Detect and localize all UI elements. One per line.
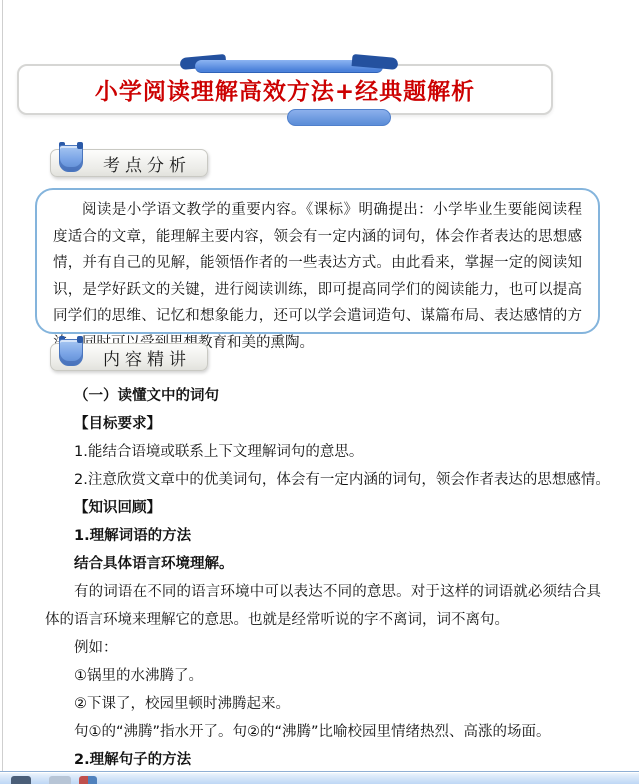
content-line: 句①的“沸腾”指水开了。句②的“沸腾”比喻校园里情绪热烈、高涨的场面。	[45, 718, 601, 746]
taskbar-app-icon-1[interactable]	[11, 776, 31, 784]
content-line: ①锅里的水沸腾了。	[45, 662, 601, 690]
taskbar-app-icon-3[interactable]	[79, 776, 97, 784]
page-title: 小学阅读理解高效方法+经典题解析	[95, 73, 475, 106]
content-line: 1.理解词语的方法	[45, 522, 601, 550]
section-header-label: 内容精讲	[103, 345, 191, 370]
content-line: 例如：	[45, 634, 601, 662]
content-line: 结合具体语言环境理解。	[45, 550, 601, 578]
content-line: ②下课了，校园里顿时沸腾起来。	[45, 690, 601, 718]
banner-ribbon-capsule	[195, 60, 383, 73]
content-line: 【知识回顾】	[45, 494, 601, 522]
page-edge-line	[2, 0, 3, 771]
bucket-icon	[59, 142, 83, 172]
document-page: 小学阅读理解高效方法+经典题解析 考点分析 阅读是小学语文教学的重要内容。《课标…	[0, 0, 639, 784]
section-header-neirong: 内容精讲	[50, 343, 208, 371]
content-list: （一）读懂文中的词句【目标要求】1.能结合语境或联系上下文理解词句的意思。2.注…	[45, 382, 601, 774]
section-header-kaodian: 考点分析	[50, 149, 208, 177]
content-line: 1.能结合语境或联系上下文理解词句的意思。	[45, 438, 601, 466]
content-line: 2.理解句子的方法	[45, 746, 601, 774]
bucket-icon	[59, 336, 83, 366]
section-header-label: 考点分析	[103, 151, 191, 176]
taskbar	[0, 771, 639, 784]
taskbar-app-icon-2[interactable]	[49, 776, 71, 784]
content-line: 2.注意欣赏文章中的优美词句，体会有一定内涵的词句，领会作者表达的思想感情。	[45, 466, 601, 494]
content-line: 【目标要求】	[45, 410, 601, 438]
banner-ribbon-top	[180, 56, 398, 73]
content-line: 有的词语在不同的语言环境中可以表达不同的意思。对于这样的词语就必须结合具体的语言…	[45, 578, 601, 634]
intro-box: 阅读是小学语文教学的重要内容。《课标》明确提出：小学毕业生要能阅读程度适合的文章…	[35, 188, 600, 334]
intro-paragraph: 阅读是小学语文教学的重要内容。《课标》明确提出：小学毕业生要能阅读程度适合的文章…	[53, 197, 582, 356]
content-line: （一）读懂文中的词句	[45, 382, 601, 410]
banner-capsule-bottom	[287, 109, 391, 126]
